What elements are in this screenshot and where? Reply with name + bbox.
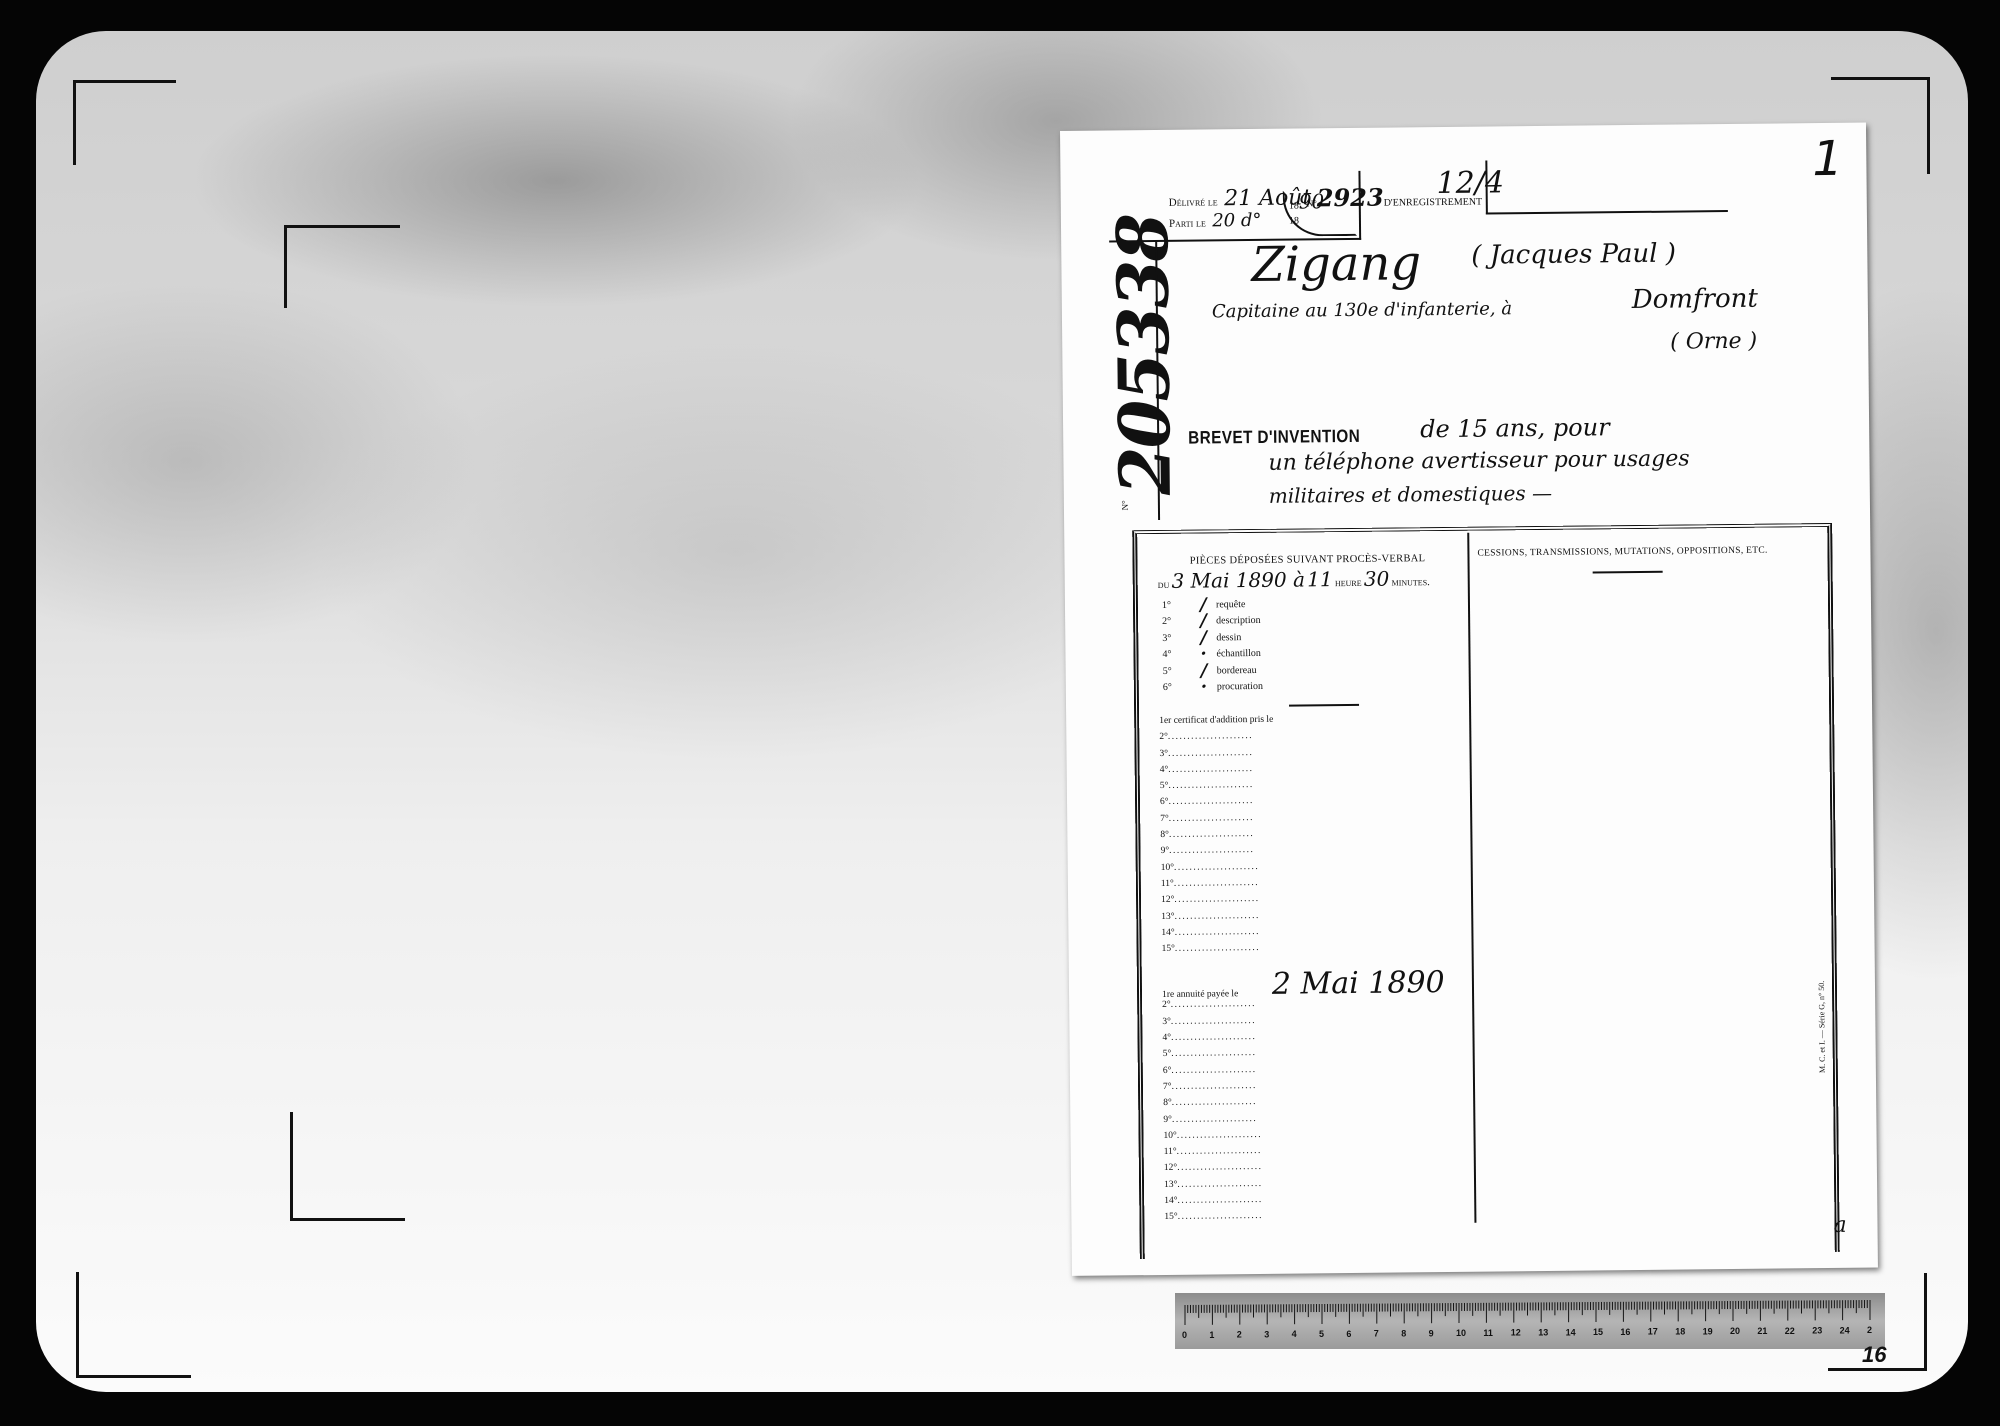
brevet-duration: de 15 ans, pour xyxy=(1420,413,1610,443)
svg-text:8: 8 xyxy=(1401,1328,1406,1338)
left-column: PIÈCES DÉPOSÉES SUIVANT PROCÈS-VERBAL du… xyxy=(1157,541,1464,1229)
annuity-first-value: 2 Mai 1890 xyxy=(1272,965,1445,1002)
svg-text:20: 20 xyxy=(1730,1326,1740,1336)
pieces-minutes: 30 xyxy=(1364,567,1390,591)
svg-text:24: 24 xyxy=(1840,1325,1850,1335)
patent-number: 205338 xyxy=(1101,214,1187,495)
svg-text:12: 12 xyxy=(1511,1328,1521,1338)
holder-given-names: ( Jacques Paul ) xyxy=(1471,239,1676,271)
right-column: CESSIONS, TRANSMISSIONS, MUTATIONS, OPPO… xyxy=(1477,545,1807,574)
annuity-row: 15°...................... xyxy=(1164,1209,1464,1228)
piece-mark: · xyxy=(1201,677,1217,698)
svg-text:6: 6 xyxy=(1346,1329,1351,1339)
svg-text:19: 19 xyxy=(1703,1326,1713,1336)
brevet-subject-line-1: un téléphone avertisseur pour usages xyxy=(1268,446,1689,475)
svg-text:1: 1 xyxy=(1209,1330,1214,1340)
svg-text:2: 2 xyxy=(1867,1325,1872,1335)
piece-item: 6°·procuration xyxy=(1159,676,1459,696)
departed-value: 20 d° xyxy=(1212,210,1261,232)
svg-text:15: 15 xyxy=(1593,1327,1603,1337)
crop-mark-bottom-left-inner xyxy=(290,1112,405,1221)
svg-text:13: 13 xyxy=(1538,1328,1548,1338)
pieces-list: 1°/requête2°/description3°/dessin4°·écha… xyxy=(1158,594,1459,696)
svg-text:9: 9 xyxy=(1429,1328,1434,1338)
patent-number-prefix: N° xyxy=(1120,500,1130,510)
registration-rule xyxy=(1485,158,1728,215)
separator xyxy=(1289,704,1359,707)
svg-text:3: 3 xyxy=(1264,1329,1269,1339)
printer-mark: M. C. et I. — Série G, n° 50. xyxy=(1817,981,1827,1073)
brevet-title: BREVET D'INVENTION xyxy=(1188,426,1360,449)
cessions-title: CESSIONS, TRANSMISSIONS, MUTATIONS, OPPO… xyxy=(1477,545,1807,558)
holder-place: Domfront xyxy=(1632,284,1758,315)
measurement-ruler: 0123456789101112131415161718192021222324… xyxy=(1175,1293,1885,1349)
patent-record-card: 1 Délivré le 21 Août 1890 Parti le 20 d°… xyxy=(1060,123,1878,1276)
svg-text:10: 10 xyxy=(1456,1328,1466,1338)
corner-initial: a xyxy=(1833,1213,1846,1238)
svg-text:22: 22 xyxy=(1785,1326,1795,1336)
pieces-date: 3 Mai 1890 à xyxy=(1171,567,1305,592)
svg-text:2: 2 xyxy=(1237,1330,1242,1340)
certificate-rows: 2°......................3°..............… xyxy=(1159,729,1461,960)
plate-page-number: 16 xyxy=(1862,1342,1886,1368)
svg-text:5: 5 xyxy=(1319,1329,1324,1339)
svg-text:14: 14 xyxy=(1566,1327,1576,1337)
holder-occupation: Capitaine au 130e d'infanterie, à xyxy=(1212,298,1512,322)
svg-text:11: 11 xyxy=(1483,1328,1493,1338)
pieces-title: PIÈCES DÉPOSÉES SUIVANT PROCÈS-VERBAL xyxy=(1157,553,1457,567)
svg-text:21: 21 xyxy=(1757,1326,1767,1336)
ruler-scale: 0123456789101112131415161718192021222324… xyxy=(1175,1293,1885,1349)
annuity-rows: 2°......................3°..............… xyxy=(1162,997,1464,1228)
annuity-first-row: 1re annuité payée le 2 Mai 1890 xyxy=(1162,987,1462,1000)
crop-mark-top-left-inner xyxy=(284,225,400,308)
crop-mark-top-left-outer xyxy=(73,80,176,165)
delivered-label: Délivré le xyxy=(1169,196,1218,209)
svg-text:4: 4 xyxy=(1292,1329,1297,1339)
holder-department: ( Orne ) xyxy=(1670,329,1757,355)
crop-mark-bottom-left-outer xyxy=(76,1272,191,1378)
brevet-subject-line-2: militaires et domestiques — xyxy=(1269,481,1552,508)
pieces-date-line: du 3 Mai 1890 à 11 heure 30 minutes. xyxy=(1158,566,1458,593)
svg-text:17: 17 xyxy=(1648,1327,1658,1337)
pieces-hour: 11 xyxy=(1307,567,1333,591)
svg-text:16: 16 xyxy=(1620,1327,1630,1337)
cessions-separator xyxy=(1593,571,1663,574)
registration-number: 2923 xyxy=(1317,183,1384,213)
svg-text:23: 23 xyxy=(1812,1326,1822,1336)
svg-text:18: 18 xyxy=(1675,1327,1685,1337)
svg-text:0: 0 xyxy=(1182,1330,1187,1340)
column-divider xyxy=(1467,533,1476,1223)
record-table: PIÈCES DÉPOSÉES SUIVANT PROCÈS-VERBAL du… xyxy=(1132,523,1840,1259)
svg-text:7: 7 xyxy=(1374,1329,1379,1339)
corner-number: 1 xyxy=(1812,131,1843,187)
certificate-row: 15°...................... xyxy=(1162,941,1462,960)
holder-surname: Zigang xyxy=(1251,235,1421,293)
